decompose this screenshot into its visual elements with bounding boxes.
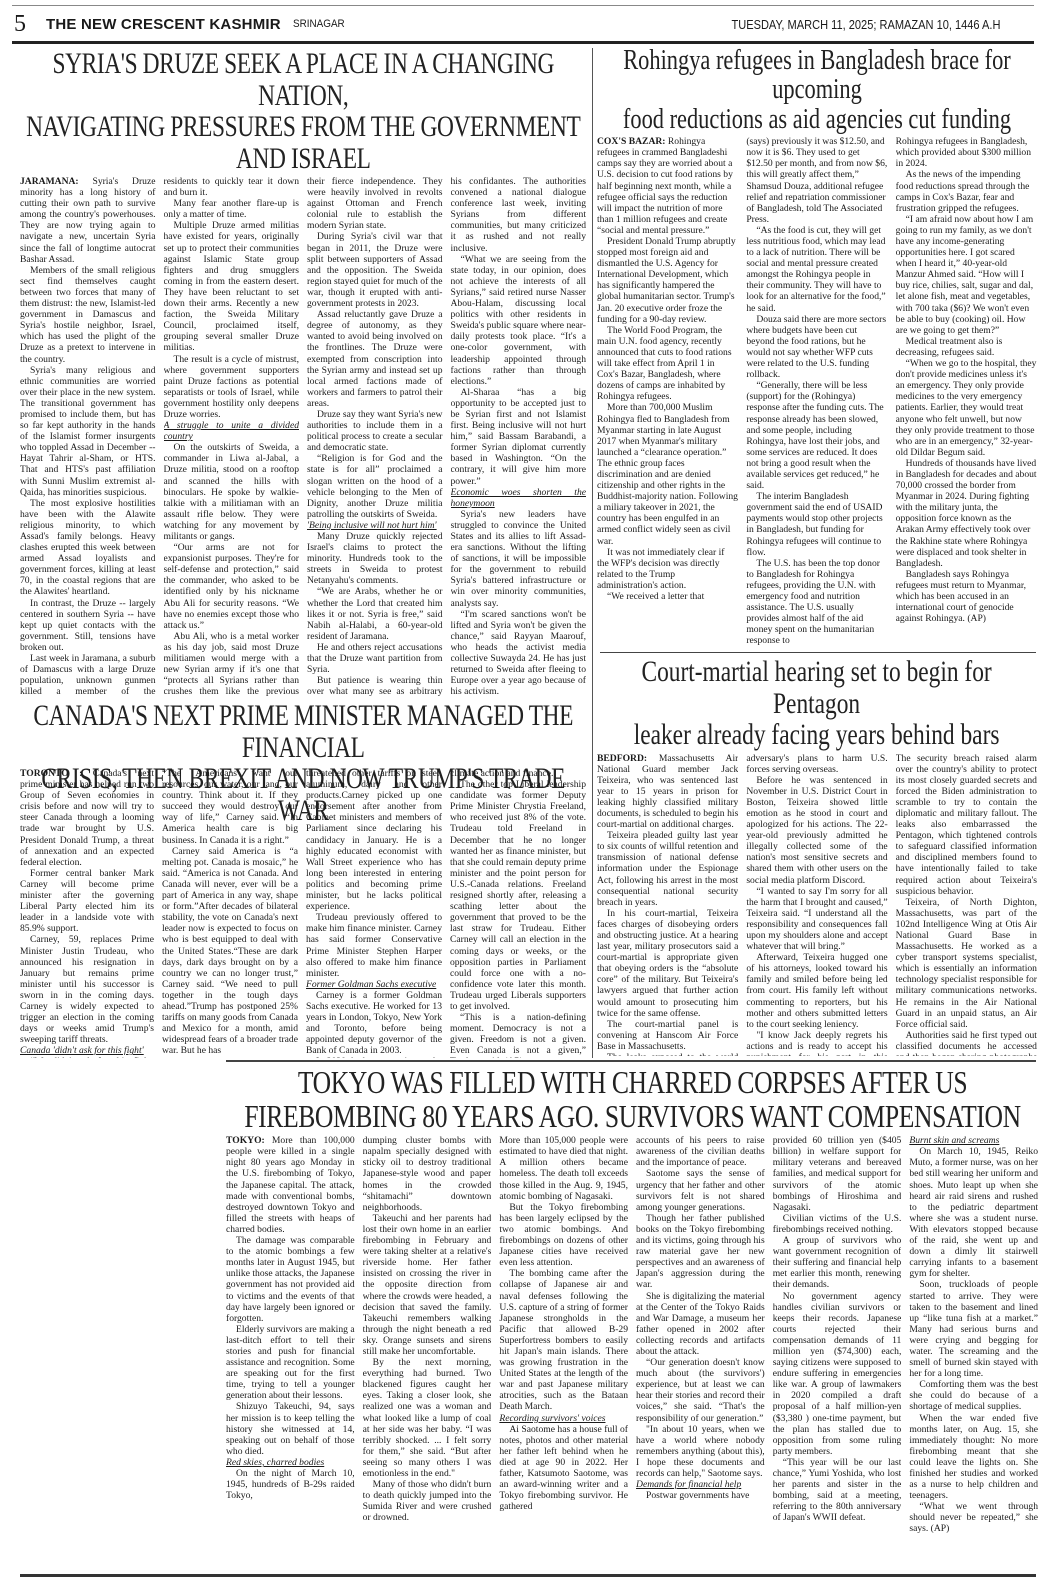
page-number: 5 bbox=[14, 11, 40, 38]
dateline: JARAMANA: bbox=[20, 176, 79, 187]
paragraph: A group of survivors who want government… bbox=[773, 1235, 902, 1290]
column: JARAMANA: Syria's Druze minority has a l… bbox=[20, 176, 156, 698]
paragraph: Druze say they want Syria's new authorit… bbox=[307, 409, 443, 453]
paragraph: She is digitalizing the material at the … bbox=[636, 1291, 765, 1358]
headline: TOKYO WAS FILLED WITH CHARRED CORPSES AF… bbox=[226, 1066, 1038, 1133]
paragraph: The leaks exposed to the world unvarnish… bbox=[597, 1052, 738, 1056]
paragraph: Authorities said he first typed out clas… bbox=[896, 1030, 1037, 1056]
paragraph: “This year will be our last chance,” Yum… bbox=[773, 1457, 902, 1524]
paragraph: “Generally, there will be less (support)… bbox=[746, 380, 887, 491]
dateline: TOKYO: bbox=[226, 1135, 265, 1146]
story-pentagon: Court-martial hearing set to begin for P… bbox=[597, 656, 1037, 1056]
paragraph: The interim Bangladesh government said t… bbox=[746, 491, 887, 558]
subhead: Former Goldman Sachs executive bbox=[306, 979, 442, 990]
paragraph: Saotome says the sense of urgency that h… bbox=[636, 1168, 765, 1212]
paragraph: Rohingya refugees in Bangladesh, which p… bbox=[896, 136, 1037, 169]
paragraph: Rohingya refugees in crammed Bangladeshi… bbox=[597, 136, 733, 236]
subhead: A struggle to unite a divided country bbox=[164, 420, 300, 442]
paragraph: “When we go to the hospital, they don't … bbox=[896, 358, 1037, 458]
paragraph: adversary's plans to harm U.S. forces se… bbox=[746, 753, 887, 775]
paragraph: During Syria's civil war that began in 2… bbox=[307, 231, 443, 309]
paragraph: “We didn't ask for this fight. But Canad… bbox=[20, 1056, 154, 1058]
dateline: BEDFORD: bbox=[597, 753, 647, 764]
paragraph: “As the food is cut, they will get less … bbox=[746, 225, 887, 314]
column: Rohingya refugees in Bangladesh, which p… bbox=[896, 136, 1037, 651]
paragraph: No government agency handles civilian su… bbox=[773, 1291, 902, 1457]
paragraph: The damage was comparable to the atomic … bbox=[226, 1235, 355, 1324]
column: accounts of his peers to raise awareness… bbox=[636, 1135, 765, 1565]
paragraph: Syria's new leaders have struggled to co… bbox=[451, 509, 587, 609]
paragraph: Last week in Jaramana, a suburb of Damas… bbox=[20, 653, 156, 698]
story-rohingya: Rohingya refugees in Bangladesh brace fo… bbox=[597, 46, 1037, 651]
paragraph: The bombing came after the collapse of J… bbox=[499, 1268, 628, 1412]
section-rule bbox=[600, 652, 1036, 653]
subhead: Demands for financial help bbox=[636, 1479, 765, 1490]
column: TOKYO: More than 100,000 people were kil… bbox=[226, 1135, 355, 1565]
paragraph: It was not immediately clear if the WFP'… bbox=[597, 547, 738, 591]
paragraph: Teixeira, of North Dighton, Massachusett… bbox=[896, 897, 1037, 1030]
column: (says) previously it was $12.50, and now… bbox=[746, 136, 887, 651]
dateline: TORONTO : bbox=[20, 768, 82, 779]
headline-line: Rohingya refugees in Bangladesh brace fo… bbox=[597, 46, 1037, 105]
paragraph: On March 10, 1945, Reiko Muto, a former … bbox=[909, 1146, 1038, 1279]
paragraph: climate action and finance. bbox=[450, 768, 586, 779]
headline-line: food reductions as aid agencies cut fund… bbox=[597, 105, 1037, 134]
paragraph: Al-Sharaa “has a big opportunity to be a… bbox=[451, 387, 587, 487]
paragraph: Soon, truckloads of people started to ar… bbox=[909, 1279, 1038, 1379]
paragraph: But patience is wearing thin over what m… bbox=[307, 675, 443, 698]
column: his confidantes. The authorities convene… bbox=[451, 176, 587, 698]
paragraph: Civilian victims of the U.S. firebombing… bbox=[773, 1213, 902, 1235]
subhead: Red skies, charred bodies bbox=[226, 1457, 355, 1468]
subhead: Burnt skin and screams bbox=[909, 1135, 1038, 1146]
paragraph: As the news of the impending food reduct… bbox=[896, 169, 1037, 213]
paragraph: “What we are seeing from the state today… bbox=[451, 254, 587, 387]
paragraph: Former central banker Mark Carney will b… bbox=[20, 868, 154, 935]
headline-line: SYRIA'S DRUZE SEEK A PLACE IN A CHANGING… bbox=[20, 48, 585, 111]
paragraph: Comforting them was the best she could d… bbox=[909, 1379, 1038, 1412]
column: More than 105,000 people were estimated … bbox=[499, 1135, 628, 1565]
top-rule bbox=[12, 5, 1034, 6]
story-tokyo: TOKYO WAS FILLED WITH CHARRED CORPSES AF… bbox=[226, 1066, 1038, 1572]
paragraph: Postwar governments have bbox=[636, 1490, 765, 1501]
paragraph: Canada's next prime minister has helped … bbox=[20, 768, 154, 868]
paragraph: “We received a letter that bbox=[597, 591, 738, 602]
paragraph: He and others reject accusations that th… bbox=[307, 642, 443, 675]
paragraph: The result is a cycle of mistrust, where… bbox=[164, 354, 300, 421]
column: BEDFORD: Massachusetts Air National Guar… bbox=[597, 753, 738, 1057]
paragraph: Douza said there are more sectors where … bbox=[746, 314, 887, 381]
paragraph: Trudeau previously offered to make him f… bbox=[306, 912, 442, 979]
paragraph: Assad reluctantly gave Druze a degree of… bbox=[307, 309, 443, 409]
subhead: 'Being inclusive will not hurt him' bbox=[307, 520, 443, 531]
section-rule bbox=[226, 1060, 1036, 1062]
canada-columns: TORONTO : Canada's next prime minister h… bbox=[20, 768, 586, 1058]
paragraph: Teixeira pleaded guilty last year to six… bbox=[597, 830, 738, 908]
headline: Rohingya refugees in Bangladesh brace fo… bbox=[597, 46, 1037, 134]
paragraph: “We are Arabs, whether he or whether the… bbox=[307, 586, 443, 641]
headline-line: TOKYO WAS FILLED WITH CHARRED CORPSES AF… bbox=[226, 1066, 1038, 1100]
paragraph: “This is a nation-defining moment. Democ… bbox=[450, 1012, 586, 1058]
paragraph: Before he was sentenced in November in U… bbox=[746, 775, 887, 886]
paragraph: “I am afraid now about how I am going to… bbox=[896, 214, 1037, 336]
paragraph: “Syria could go back to a civil war, and… bbox=[451, 697, 587, 698]
paragraph: The U.S. has been the top donor to Bangl… bbox=[746, 558, 887, 647]
issue-date: TUESDAY, MARCH 11, 2025; RAMAZAN 10, 144… bbox=[731, 17, 1000, 32]
headline-line: FIREBOMBING 80 YEARS AGO. SURVIVORS WANT… bbox=[226, 1100, 1038, 1134]
column: adversary's plans to harm U.S. forces se… bbox=[746, 753, 887, 1057]
paragraph: On the outskirts of Sweida, a commander … bbox=[164, 442, 300, 542]
paragraph: accounts of his peers to raise awareness… bbox=[636, 1135, 765, 1168]
paragraph: his confidantes. The authorities convene… bbox=[451, 176, 587, 254]
paragraph: The World Food Program, the main U.N. fo… bbox=[597, 325, 738, 403]
newspaper-name: THE NEW CRESCENT KASHMIR bbox=[46, 16, 281, 33]
column: dumping cluster bombs with napalm specia… bbox=[363, 1135, 492, 1565]
column-rule bbox=[592, 48, 593, 1058]
subhead: Economic woes shorten the honeymoon bbox=[451, 487, 587, 509]
paragraph: Many of those who didn't burn to death q… bbox=[363, 1479, 492, 1523]
paragraph: President Donald Trump abruptly stopped … bbox=[597, 236, 738, 325]
paragraph: When the war ended five months later, on… bbox=[909, 1413, 1038, 1502]
paragraph: Syria's Druze minority has a long histor… bbox=[20, 176, 156, 265]
paragraph: More than 700,000 Muslim Rohingya fled t… bbox=[597, 402, 738, 546]
paragraph: Takeuchi and her parents had lost their … bbox=[363, 1213, 492, 1357]
headline: Court-martial hearing set to begin for P… bbox=[597, 656, 1036, 751]
paragraph: In his court-martial, Teixeira faces cha… bbox=[597, 908, 738, 1019]
column: provided 60 trillion yen ($405 billion) … bbox=[773, 1135, 902, 1565]
paragraph: provided 60 trillion yen ($405 billion) … bbox=[773, 1135, 902, 1213]
paragraph: Carney is a former Goldman Sachs executi… bbox=[306, 990, 442, 1057]
paragraph: threatened other tariffs on steel, alumi… bbox=[306, 768, 442, 912]
paragraph: The court-martial panel is convening at … bbox=[597, 1019, 738, 1052]
masthead-rule bbox=[12, 41, 1034, 44]
paragraph: “Religion is for God and the state is fo… bbox=[307, 453, 443, 520]
paragraph: The most explosive hostilities have been… bbox=[20, 498, 156, 598]
paragraph: Abu Ali, who is a metal worker as his da… bbox=[164, 631, 300, 698]
paragraph: More than 100,000 people were killed in … bbox=[226, 1135, 355, 1235]
subhead: Canada 'didn't ask for this fight' bbox=[20, 1045, 154, 1056]
paragraph: In 2020, he began serving as the United … bbox=[306, 1056, 442, 1058]
paragraph: Carney, 59, replaces Prime Minister Just… bbox=[20, 934, 154, 1045]
paragraph: Afterward, Teixeira hugged one of his at… bbox=[746, 952, 887, 1030]
paragraph: Medical treatment also is decreasing, re… bbox=[896, 336, 1037, 358]
paragraph: In contrast, the Druze -- largely center… bbox=[20, 598, 156, 653]
paragraph: “What we went through should never be re… bbox=[909, 1501, 1038, 1534]
headline-line: Court-martial hearing set to begin for P… bbox=[597, 656, 1036, 719]
paragraph: Members of the small religious sect find… bbox=[20, 265, 156, 365]
dateline: COX'S BAZAR: bbox=[597, 136, 666, 147]
paragraph: “The Americans want our resources, our w… bbox=[162, 768, 298, 846]
paragraph: “I wanted to say I'm sorry for all the h… bbox=[746, 886, 887, 953]
paragraph: dumping cluster bombs with napalm specia… bbox=[363, 1135, 492, 1213]
paragraph: Hundreds of thousands have lived in Bang… bbox=[896, 458, 1037, 569]
paragraph: The security breach raised alarm over th… bbox=[896, 753, 1037, 897]
paragraph: Many Druze quickly rejected Israel's cla… bbox=[307, 531, 443, 586]
story-syria: SYRIA'S DRUZE SEEK A PLACE IN A CHANGING… bbox=[20, 48, 586, 698]
paragraph: “I'm scared sanctions won't be lifted an… bbox=[451, 609, 587, 698]
paragraph: "In about 10 years, when we have a world… bbox=[636, 1424, 765, 1479]
paragraph: Ai Saotome has a house full of notes, ph… bbox=[499, 1424, 628, 1513]
column: threatened other tariffs on steel, alumi… bbox=[306, 768, 442, 1058]
paragraph: residents to quickly tear it down and bu… bbox=[164, 176, 300, 198]
headline-line: leaker already facing years behind bars bbox=[597, 719, 1036, 751]
paragraph: Many fear another flare-up is only a mat… bbox=[164, 198, 300, 220]
paragraph: their fierce independence. They were hea… bbox=[307, 176, 443, 231]
paragraph: But the Tokyo firebombing has been large… bbox=[499, 1202, 628, 1269]
column: The security breach raised alarm over th… bbox=[896, 753, 1037, 1057]
column: their fierce independence. They were hea… bbox=[307, 176, 443, 698]
paragraph: On the night of March 10, 1945, hundreds… bbox=[226, 1468, 355, 1501]
paragraph: “Our arms are not for expansionist purpo… bbox=[164, 542, 300, 631]
edition-city: SRINAGAR bbox=[293, 18, 345, 30]
paragraph: Massachusetts Air National Guard member … bbox=[597, 753, 738, 831]
paragraph: Elderly survivors are making a last-ditc… bbox=[226, 1324, 355, 1402]
column: climate action and finance. The other to… bbox=[450, 768, 586, 1058]
paragraph: Multiple Druze armed militias have exist… bbox=[164, 220, 300, 353]
headline-line: CANADA'S NEXT PRIME MINISTER MANAGED THE… bbox=[20, 700, 585, 763]
subhead: Recording survivors' voices bbox=[499, 1413, 628, 1424]
paragraph: Bangladesh says Rohingya refugees must r… bbox=[896, 569, 1037, 624]
paragraph: The other top Liberal leadership candida… bbox=[450, 779, 586, 1012]
bottom-rule bbox=[20, 1574, 1036, 1577]
paragraph: Though her father published books on the… bbox=[636, 1213, 765, 1291]
column: residents to quickly tear it down and bu… bbox=[164, 176, 300, 698]
headline-line: NAVIGATING PRESSURES FROM THE GOVERNMENT… bbox=[20, 111, 585, 174]
column: COX'S BAZAR: Rohingya refugees in cramme… bbox=[597, 136, 738, 651]
headline: SYRIA'S DRUZE SEEK A PLACE IN A CHANGING… bbox=[20, 48, 585, 174]
paragraph: "I know Jack deeply regrets his actions … bbox=[746, 1030, 887, 1056]
paragraph: By the next morning, everything had burn… bbox=[363, 1357, 492, 1479]
paragraph: “Our generation doesn't know much about … bbox=[636, 1357, 765, 1424]
paragraph: Carney said America is “a melting pot. C… bbox=[162, 846, 298, 1057]
masthead: 5 THE NEW CRESCENT KASHMIR SRINAGAR TUES… bbox=[12, 12, 1034, 36]
paragraph: (says) previously it was $12.50, and now… bbox=[746, 136, 887, 225]
column: Burnt skin and screams On March 10, 1945… bbox=[909, 1135, 1038, 1565]
paragraph: Syria's many religious and ethnic commun… bbox=[20, 365, 156, 498]
column: TORONTO : Canada's next prime minister h… bbox=[20, 768, 154, 1058]
column: “The Americans want our resources, our w… bbox=[162, 768, 298, 1058]
paragraph: Shizuyo Takeuchi, 94, says her mission i… bbox=[226, 1401, 355, 1456]
paragraph: More than 105,000 people were estimated … bbox=[499, 1135, 628, 1202]
